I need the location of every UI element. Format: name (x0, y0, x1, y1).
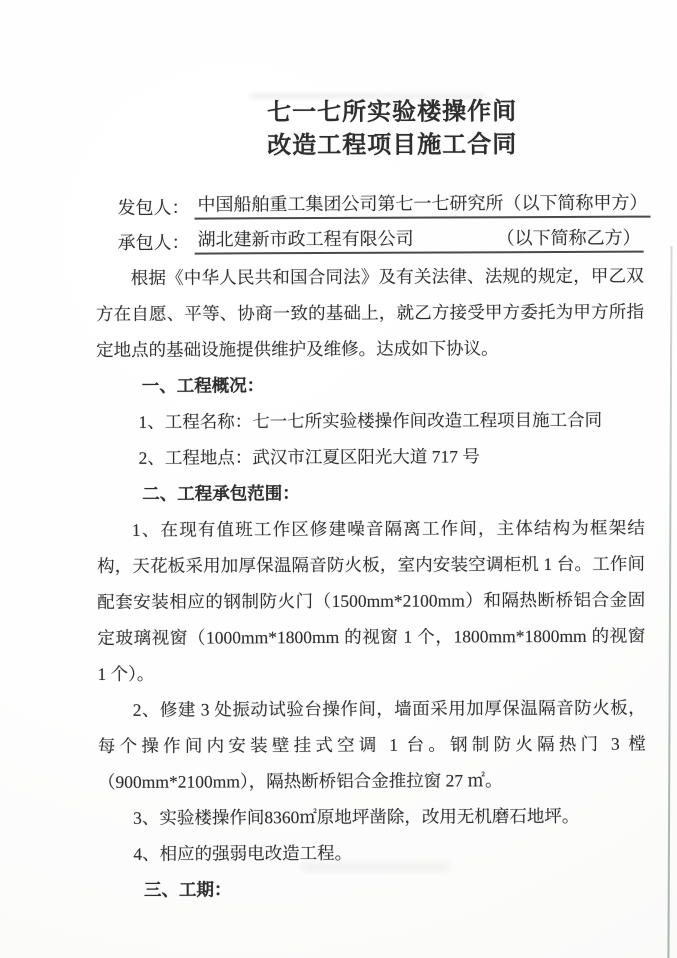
preamble-paragraph: 根据《中华人民共和国合同法》及有关法律、法规的规定，甲乙双方在自愿、平等、协商一… (96, 258, 644, 368)
document-title-line2: 改造工程项目施工合同 (267, 129, 643, 164)
party-b-row: 承包人： 湖北建新市政工程有限公司 （以下简称乙方） (118, 218, 644, 255)
section-1-item-project-location: 2、工程地点：武汉市江夏区阳光大道 717 号 (96, 438, 644, 476)
document-content: 七一七所实验楼操作间 改造工程项目施工合同 发包人： 中国船舶重工集团公司第七一… (95, 96, 647, 908)
party-b-fill-line: 湖北建新市政工程有限公司 （以下简称乙方） (195, 224, 644, 255)
party-a-label: 发包人： (117, 194, 194, 220)
party-b-label: 承包人： (118, 229, 195, 255)
document-title: 七一七所实验楼操作间 改造工程项目施工合同 (267, 96, 643, 164)
section-1-heading: 一、工程概况： (96, 366, 644, 404)
section-1-item-project-name: 1、工程名称：七一七所实验楼操作间改造工程项目施工合同 (96, 402, 644, 440)
parties-block: 发包人： 中国船舶重工集团公司第七一七研究所（以下简称甲方） 承包人： 湖北建新… (95, 183, 643, 255)
section-3-heading: 三、工期： (98, 870, 646, 908)
section-2-heading: 二、工程承包范围： (97, 474, 645, 512)
party-a-row: 发包人： 中国船舶重工集团公司第七一七研究所（以下简称甲方） (117, 183, 643, 220)
document-title-line1: 七一七所实验楼操作间 (267, 96, 643, 131)
party-a-value: 中国船舶重工集团公司第七一七研究所（以下简称甲方） (197, 189, 647, 217)
party-a-fill-line: 中国船舶重工集团公司第七一七研究所（以下简称甲方） (194, 189, 650, 220)
scan-edge-line (667, 246, 672, 958)
party-b-suffix: （以下简称乙方） (497, 224, 641, 251)
section-2-item-4: 4、相应的强弱电改造工程。 (98, 834, 646, 872)
party-b-value: 湖北建新市政工程有限公司 (198, 225, 414, 252)
scanned-contract-page: 七一七所实验楼操作间 改造工程项目施工合同 发包人： 中国船舶重工集团公司第七一… (0, 0, 677, 958)
section-2-item-1: 1、在现有值班工作区修建噪音隔离工作间，主体结构为框架结构，天花板采用加厚保温隔… (97, 510, 646, 692)
section-2-item-2: 2、修建 3 处振动试验台操作间，墙面采用加厚保温隔音防火板，每个操作间内安装壁… (98, 690, 646, 800)
contract-body: 根据《中华人民共和国合同法》及有关法律、法规的规定，甲乙双方在自愿、平等、协商一… (96, 258, 647, 908)
section-2-item-3: 3、实验楼操作间8360㎡原地坪凿除，改用无机磨石地坪。 (98, 798, 646, 836)
